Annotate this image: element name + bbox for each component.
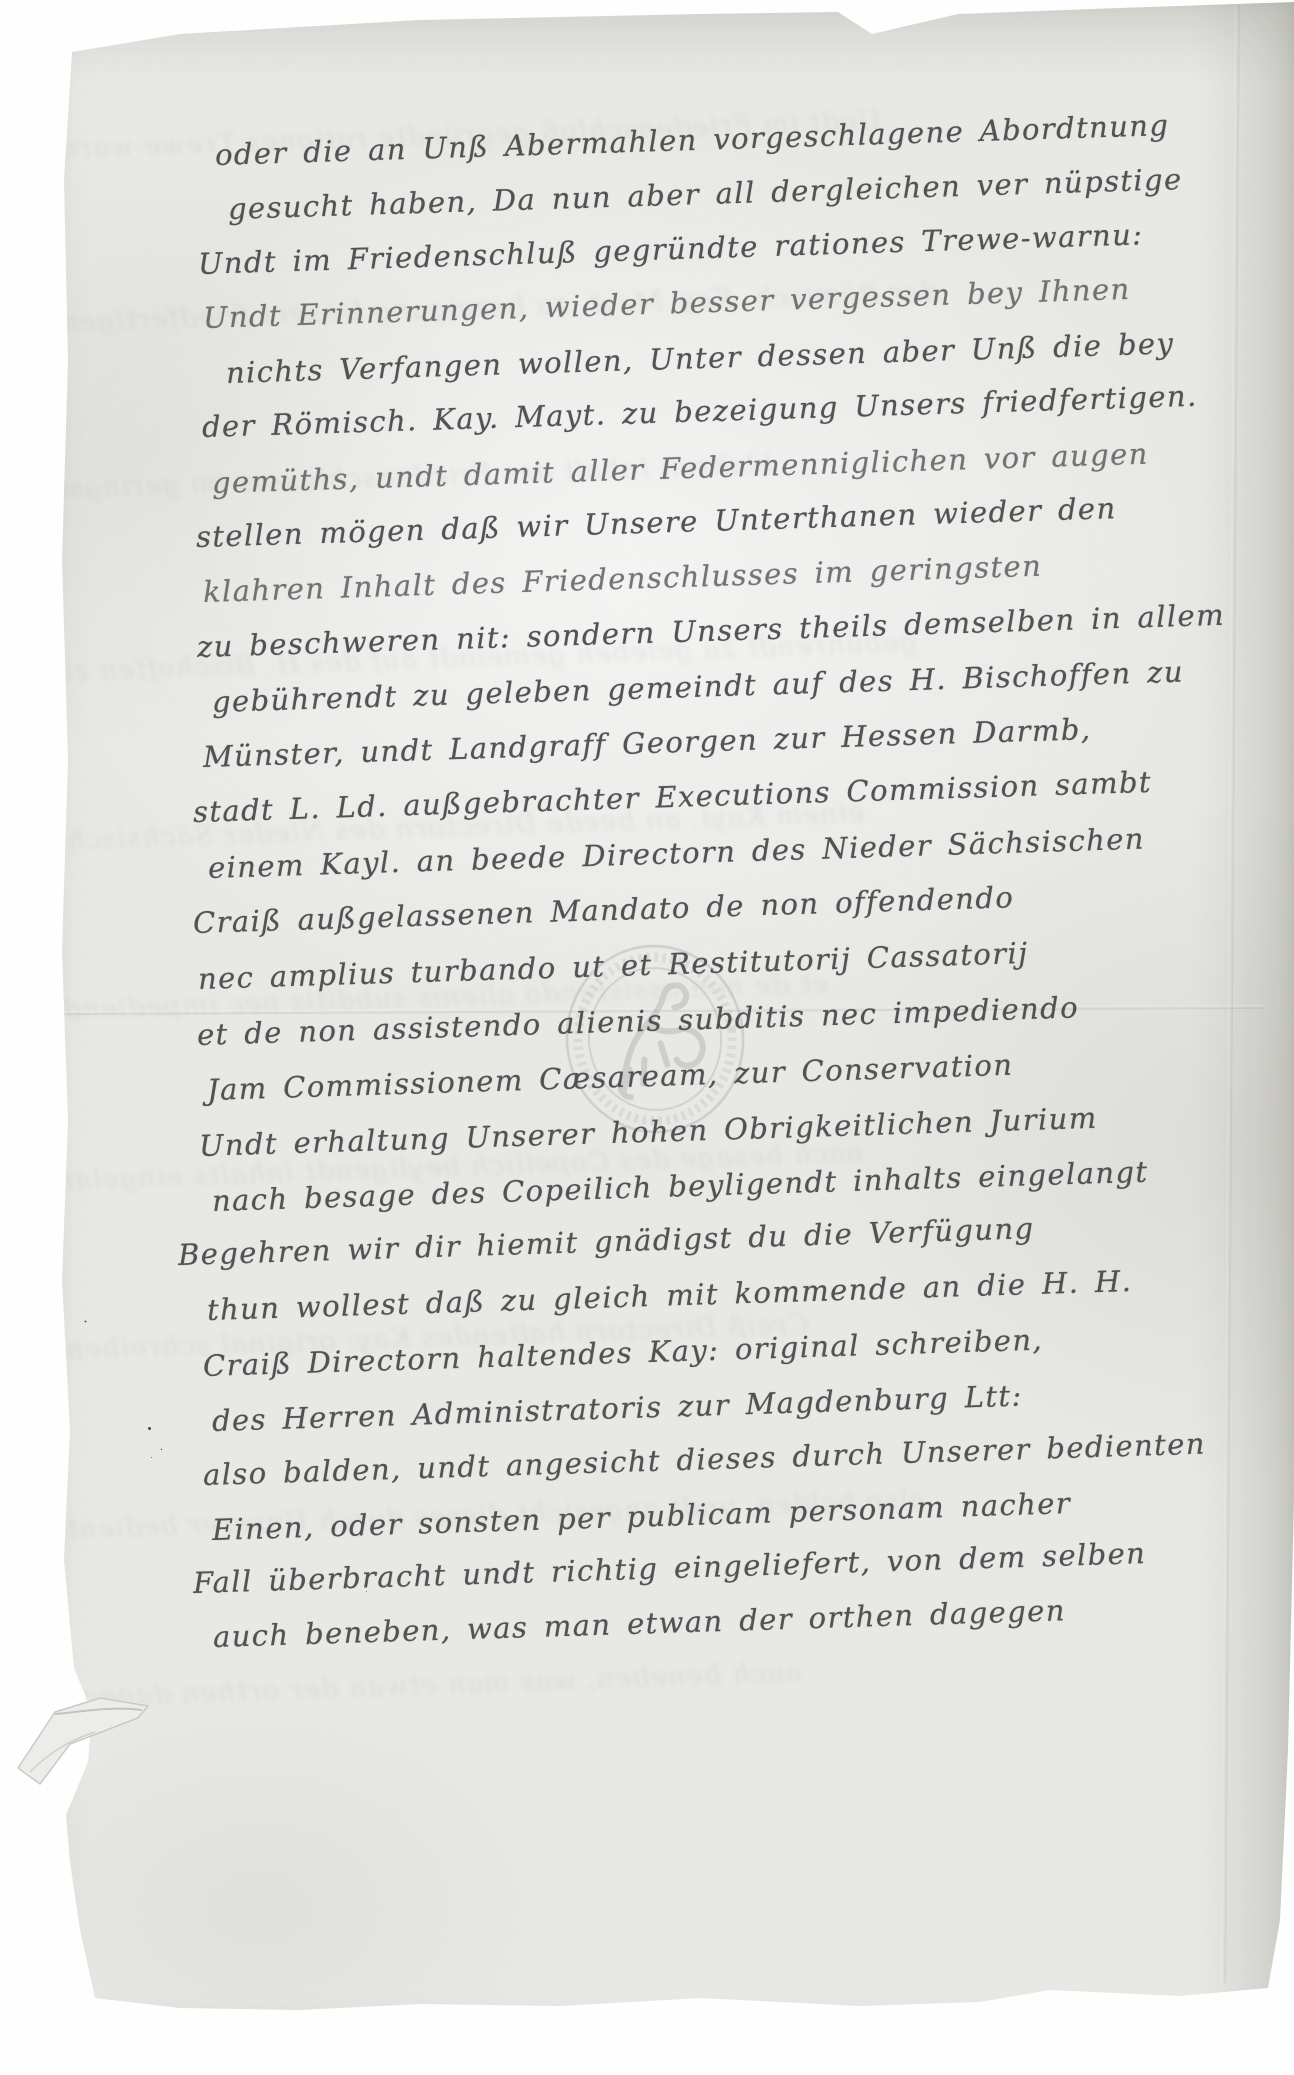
manuscript-line: Jam Commissionem Cæsaream, zur Conservat…	[206, 1048, 1013, 1107]
ghost-line: auch beneben, was man etwan der orthen d…	[45, 1657, 803, 1714]
manuscript-line: also balden, undt angesicht dieses durch…	[202, 1426, 1206, 1491]
ghost-line: gebührendt zu geleben gemeindt auf des H…	[55, 627, 918, 688]
manuscript-page: Undt im Friedenschluß gegründte rationes…	[0, 0, 1294, 2075]
manuscript-line: Undt Erinnerungen, wieder besser vergess…	[202, 272, 1131, 335]
fold-crease-vertical	[1221, 4, 1240, 1984]
lion-emblem	[609, 983, 708, 1099]
manuscript-line: et de non assistendo alienis subditis ne…	[196, 990, 1079, 1052]
manuscript-line: Undt erhaltung Unserer hohen Obrigkeitli…	[198, 1101, 1098, 1163]
manuscript-line: Begehren wir dir hiemit gnädigst du die …	[177, 1211, 1034, 1272]
manuscript-line: des Herren Administratoris zur Magdenbur…	[211, 1379, 1023, 1438]
ghost-line: also balden, undt angesicht dieses durch…	[30, 1484, 926, 1546]
manuscript-line: einem Kayl. an beede Directorn des Niede…	[207, 822, 1145, 885]
scanned-document: Undt im Friedenschluß gegründte rationes…	[0, 0, 1294, 2075]
manuscript-line: zu beschweren nit: sondern Unsers theils…	[196, 598, 1225, 664]
manuscript-line: Craiß Directorn haltendes Kay: original …	[202, 1323, 1043, 1383]
manuscript-line: klahren Inhalt des Friedenschlusses im g…	[202, 549, 1042, 609]
fold-crease-horizontal	[64, 1005, 1264, 1015]
manuscript-line: auch beneben, was man etwan der orthen d…	[212, 1593, 1066, 1654]
manuscript-line: der Römisch. Kay. Mayt. zu bezeigung Uns…	[201, 379, 1198, 444]
paper-texture	[0, 0, 1294, 2075]
ghost-line: Craiß Directorn haltendes Kay: original …	[55, 1309, 810, 1366]
manuscript-line: oder die an Unß Abermahlen vorgeschlagen…	[214, 108, 1169, 172]
manuscript-line: stadt L. Ld. außgebrachter Executions Co…	[192, 765, 1152, 829]
manuscript-line: nichts Verfangen wollen, Unter dessen ab…	[225, 326, 1174, 390]
manuscript-line: Undt im Friedenschluß gegründte rationes…	[197, 217, 1143, 281]
manuscript-line: thun wollest daß zu gleich mit kommende …	[206, 1264, 1132, 1327]
seal-ring-text	[569, 948, 742, 1130]
manuscript-line: gemüths, undt damit aller Federmenniglic…	[211, 437, 1149, 500]
manuscript-line: Einen, oder sonsten per publicam persona…	[211, 1486, 1071, 1547]
manuscript-line: stellen mögen daß wir Unsere Unterthanen…	[195, 491, 1117, 554]
manuscript-line: nach besage des Copeilich beyligendt inh…	[211, 1155, 1148, 1218]
ghost-line: der Römisch. Kay. Mayt. zu bezeigung Uns…	[50, 277, 939, 339]
ghost-line: klahren Inhalt des Friedenschlusses im g…	[20, 449, 774, 506]
ghost-line: einem Kayl. an beede Directorn des Niede…	[30, 797, 865, 857]
archive-seal-stamp	[549, 929, 762, 1149]
ghost-line: Undt im Friedenschluß gegründte rationes…	[30, 105, 882, 166]
ghost-line: nach besage des Copeilich beyligendt inh…	[25, 1137, 864, 1197]
manuscript-line: gesucht haben, Da nun aber all dergleich…	[227, 162, 1183, 226]
manuscript-line: Craiß außgelassenen Mandato de non offen…	[192, 880, 1014, 940]
manuscript-line: Fall überbracht undt richtig eingeliefer…	[192, 1536, 1146, 1600]
manuscript-line: Münster, undt Landgraff Georgen zur Hess…	[202, 712, 1091, 774]
ink-specks	[0, 0, 3, 3]
manuscript-line: nec amplius turbando ut et Restitutorij …	[197, 936, 1029, 996]
ghost-line: et de non assistendo alienis subditis ne…	[45, 968, 829, 1026]
manuscript-line: gebührendt zu geleben gemeindt auf des H…	[211, 654, 1184, 719]
